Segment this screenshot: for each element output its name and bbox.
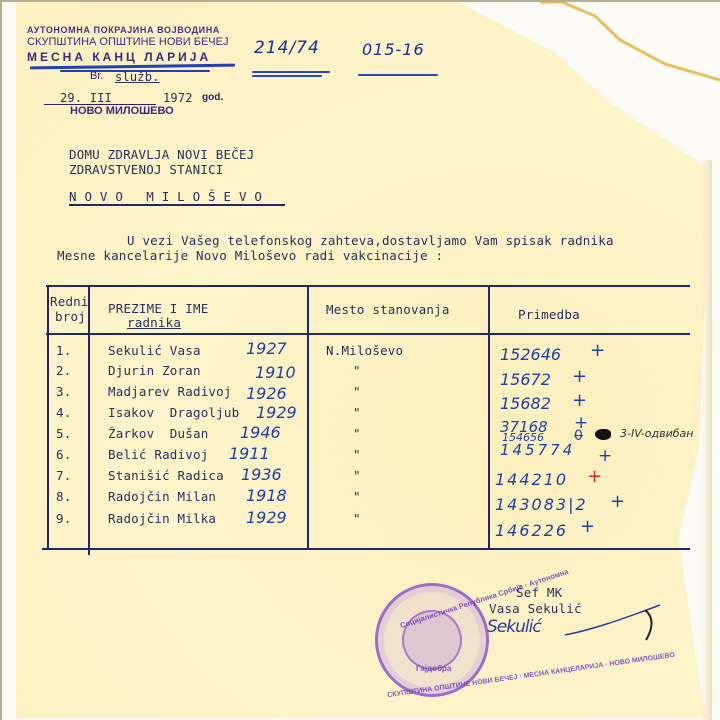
row-name: Belić Radivoj [108, 447, 208, 462]
paper-edge-stain [702, 160, 712, 720]
row-number: 6. [56, 447, 71, 462]
row-place: " [353, 468, 361, 483]
letterhead-line3: МЕСНА КАНЦ ЛАРИЈА [27, 50, 211, 64]
row-birth-year: 1929 [256, 403, 297, 422]
row-birth-year: 1926 [246, 384, 287, 403]
date-year: 1972 [163, 91, 193, 105]
row-extra-note: 3-IV-одвибан [620, 427, 693, 440]
row-place: " [353, 447, 361, 462]
recipient-line2: ZDRAVSTVENOJ STANICI [69, 162, 224, 177]
col-divider-3 [488, 285, 490, 550]
row-number: 4. [56, 405, 71, 420]
row-name: Žarkov Dušan [108, 426, 208, 441]
row-name: Stanišić Radica [108, 468, 224, 483]
row-mark: + [598, 446, 612, 466]
handwritten-ref-code: 015-16 [362, 40, 425, 59]
recipient-line1: DOMU ZDRAVLJA NOVI BEČEJ [69, 147, 254, 162]
row-mark: + [572, 390, 587, 411]
stamp-bottom-text: Гајдобра [416, 664, 451, 673]
header-name-line1: PREZIME I IME [108, 301, 208, 316]
row-note: 145774 [500, 441, 575, 459]
row-note: 152646 [500, 345, 561, 364]
row-number: 5. [56, 426, 71, 441]
row-name: Radojčin Milka [108, 511, 216, 526]
row-birth-year: 1918 [246, 486, 287, 505]
letterhead-line2: СКУПШТИНА ОПШТИНЕ НОВИ БЕЧЕЈ [27, 36, 228, 48]
row-place: " [353, 511, 361, 526]
col-divider-2 [307, 285, 309, 550]
row-birth-year: 1929 [246, 508, 287, 527]
row-note: 143083|2 [495, 495, 588, 514]
row-mark: + [580, 516, 595, 537]
body-line2: Mesne kancelarije Novo Miloševo radi vak… [57, 248, 443, 263]
row-number: 2. [56, 363, 71, 378]
header-note: Primedba [518, 307, 580, 322]
br-value: služb. [115, 70, 160, 84]
row-mark: + [590, 340, 605, 361]
row-name: Djurin Zoran [108, 363, 201, 378]
header-name-line2: radnika [127, 315, 181, 330]
row-number: 7. [56, 468, 71, 483]
row-place: " [353, 384, 361, 399]
date-day-month: 29. III [60, 91, 112, 105]
row-mark-red: + [587, 466, 602, 487]
row-birth-year: 1936 [241, 465, 282, 484]
br-label: Br. [90, 70, 103, 82]
row-number: 8. [56, 489, 71, 504]
header-num-line1: Redni [50, 294, 89, 309]
row-birth-year: 1946 [240, 423, 281, 442]
row-birth-year: 1927 [246, 339, 287, 358]
header-place: Mesto stanovanja [326, 302, 450, 317]
row-name: Radojčin Milan [108, 489, 216, 504]
row-number: 9. [56, 511, 71, 526]
row-name: Madjarev Radivoj [108, 384, 232, 399]
table-bottom-border [42, 548, 690, 550]
row-place: " [353, 489, 361, 504]
ink-blot-icon [595, 429, 611, 440]
table-header-border [46, 333, 690, 335]
row-place: " [353, 426, 361, 441]
recipient-underline [69, 204, 285, 206]
table-left-border [47, 285, 49, 550]
signature-flourish [560, 600, 670, 650]
letterhead-place: НОВО МИЛОШЕВО [70, 105, 174, 117]
row-mark: 0 [574, 428, 583, 444]
ref-underline-1 [252, 71, 330, 73]
col-divider-1 [88, 285, 90, 555]
ref-code-underline [358, 74, 438, 76]
row-name: Sekulić Vasa [108, 343, 201, 358]
row-birth-year: 1910 [255, 363, 296, 382]
official-round-stamp: Социјалистичка Република Србија · Аутоно… [375, 583, 489, 697]
row-number: 1. [56, 343, 71, 358]
row-mark: + [610, 491, 625, 512]
row-note: 144210 [495, 470, 568, 489]
letterhead-line1: АУТОНОМНА ПОКРАЈИНА ВОЈВОДИНА [27, 25, 220, 35]
row-place: N.Miloševo [326, 343, 403, 358]
header-num-line2: broj [55, 309, 86, 324]
table-top-border [46, 285, 690, 287]
handwritten-signature: Sekulić [487, 617, 541, 637]
row-place: " [353, 363, 361, 378]
recipient-line3: N O V O M I L O Š E V O [69, 189, 262, 204]
row-place: " [353, 405, 361, 420]
row-birth-year: 1911 [229, 444, 270, 463]
row-name: Isakov Dragoljub [108, 405, 239, 420]
row-note: 146226 [495, 521, 568, 540]
date-suffix: god. [202, 92, 223, 103]
body-line1: U vezi Vašeg telefonskog zahteva,dostavl… [127, 233, 614, 248]
row-number: 3. [56, 384, 71, 399]
ref-underline-2 [252, 75, 322, 77]
handwritten-ref-number: 214/74 [254, 38, 320, 58]
row-mark: + [572, 366, 587, 387]
row-note: 15682 [500, 394, 551, 413]
row-note: 15672 [500, 370, 551, 389]
